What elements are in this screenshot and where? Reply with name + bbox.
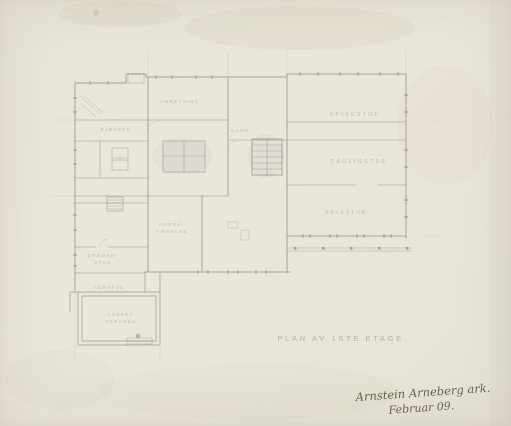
room-label-forstue: FORSTUE <box>93 285 124 290</box>
plan-caption: PLAN AV 1STE ETAGE. <box>278 334 409 343</box>
room-label-herrevaerelse-2: VÆRELSE <box>156 229 188 234</box>
pantry-fixtures-icon <box>112 74 144 170</box>
paper-stains <box>5 0 511 426</box>
room-label-havestue: HAVESTUE <box>325 210 368 216</box>
room-label-spisestue: SPISESTUE <box>330 112 381 118</box>
plan-window-ticks <box>73 72 408 274</box>
room-label-anretning: ANRETNING <box>161 99 200 104</box>
plan-walls-veranda <box>70 272 160 345</box>
plan-walls-interior <box>75 120 406 273</box>
room-label-gang: GANG <box>231 128 250 133</box>
floor-plan-svg: ANRETNING KJØKKEN GANG SPISESTUE DAGLIGS… <box>0 0 511 426</box>
scanned-drawing-paper: ANRETNING KJØKKEN GANG SPISESTUE DAGLIGS… <box>0 0 511 426</box>
room-labels: ANRETNING KJØKKEN GANG SPISESTUE DAGLIGS… <box>88 99 388 324</box>
plan-walls-outer <box>75 74 406 290</box>
hall-furniture-marks <box>228 222 249 240</box>
stain-fleck <box>136 334 141 339</box>
plan-terrace-lines <box>287 248 411 251</box>
room-label-dagligstue: DAGLIGSTUE <box>330 159 387 165</box>
room-label-drengestue-2: STUE <box>94 260 111 265</box>
room-label-kjokken: KJØKKEN <box>101 127 132 132</box>
larder-hatch-lines <box>80 96 102 117</box>
room-label-veranda-2: VERANDA <box>105 319 136 324</box>
annex-stair-icon <box>107 197 123 211</box>
signature-line-2: Februar 09. <box>387 399 454 417</box>
room-label-veranda-1: LUKKET <box>108 312 134 317</box>
room-label-herrevaerelse-1: HERRE- <box>159 222 184 227</box>
room-label-drengestue-1: DRENGE- <box>88 253 118 258</box>
kitchen-range-icon <box>163 141 205 172</box>
